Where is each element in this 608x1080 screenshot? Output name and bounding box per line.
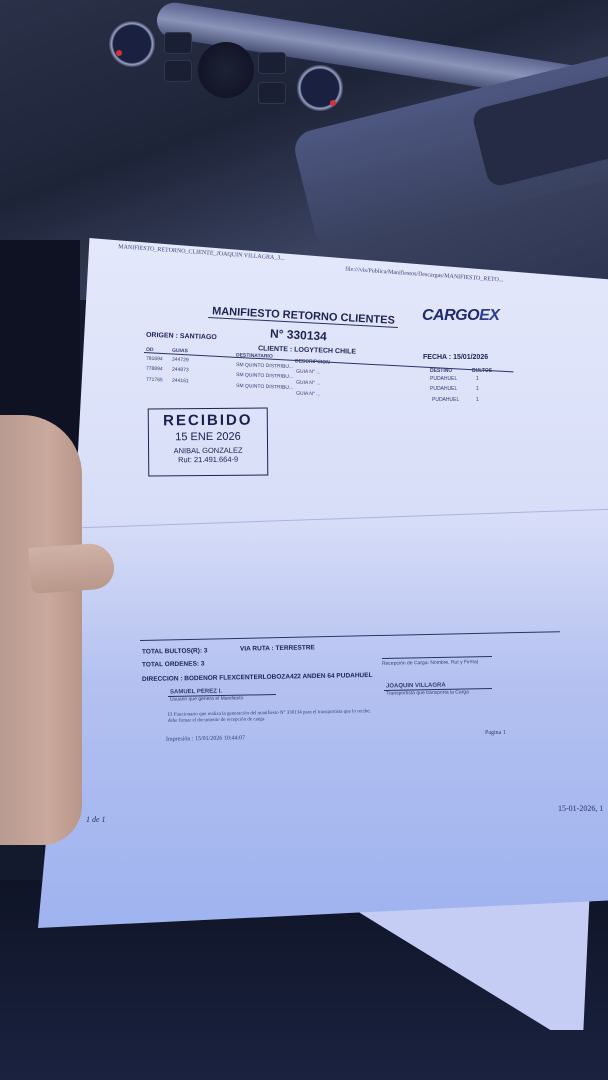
stamp-date: 15 ENE 2026 [149,430,267,443]
climate-controls [108,20,358,130]
stamp-label: RECIBIDO [149,411,267,429]
manifest-number: N° 330134 [270,327,327,344]
col-header-destinatario: DESTINATARIO [236,352,273,359]
col-header-bultos: BULTOS [472,368,492,374]
col-header-guias: GUIAS [172,348,188,355]
col-header-descripcion: DESCRIPCION [295,358,330,365]
stamp-rut: Rut: 21.491.664-9 [149,454,267,464]
left-temperature-knob [108,20,156,68]
total-bultos: TOTAL BULTOS(R): 3 [142,647,208,655]
climate-button [164,32,192,54]
print-footer-right: 15-01-2026, 1 [558,804,603,813]
received-stamp: RECIBIDO 15 ENE 2026 ANIBAL GONZALEZ Rut… [148,407,269,476]
page-label: Pagina 1 [485,730,506,736]
via-ruta: VIA RUTA : TERRESTRE [240,644,315,652]
total-ordenes: TOTAL ORDENES: 3 [142,660,205,668]
col-header-destino: DESTINO [430,368,452,374]
right-temperature-knob [296,64,344,112]
hand [0,415,82,845]
fan-knob [198,42,254,98]
climate-button [258,82,286,104]
cargoex-logo: CARGOEX [422,307,499,325]
user-role: Usuario que genera el Manifiesto [170,695,243,702]
col-header-od: OD [146,347,154,353]
fecha-label: FECHA : 15/01/2026 [423,354,488,361]
print-footer-left: 1 de 1 [86,815,106,824]
climate-button [164,60,192,82]
thumb [28,542,115,594]
climate-button [258,52,286,74]
